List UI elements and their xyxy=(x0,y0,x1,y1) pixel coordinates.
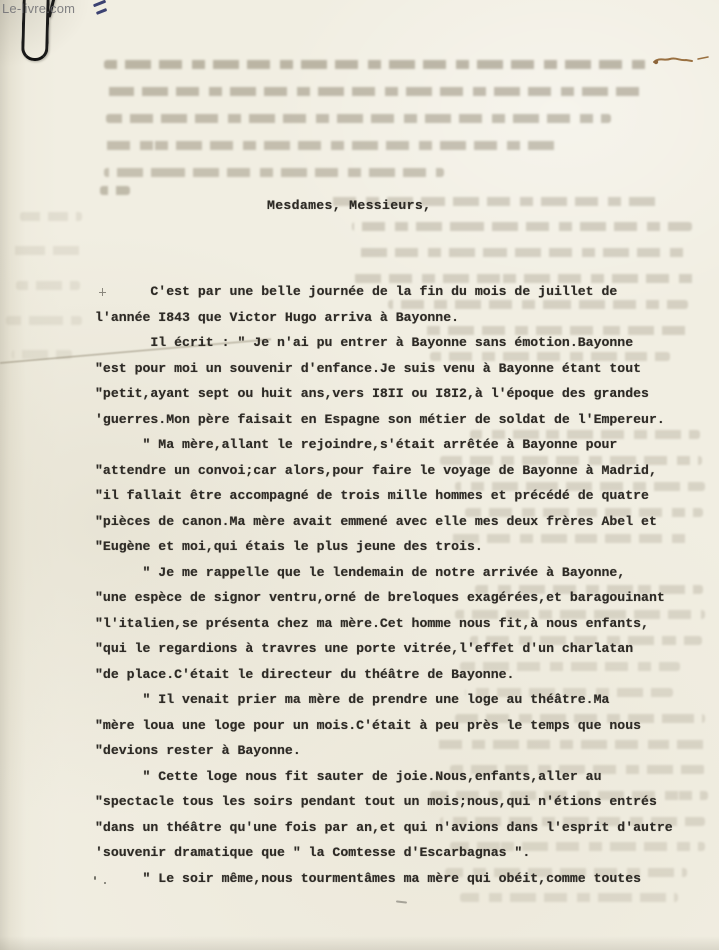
typed-line: "pièces de canon.Ma mère avait emmené av… xyxy=(95,509,673,535)
document-salutation: Mesdames, Messieurs, xyxy=(267,198,431,213)
watermark: Le-livre.com xyxy=(2,1,75,16)
bleed-through-line xyxy=(16,281,80,290)
typed-line: " Ma mère,allant le rejoindre,s'était ar… xyxy=(95,432,673,458)
bleed-through-line xyxy=(20,212,82,221)
bleed-through-line xyxy=(10,246,82,255)
typed-line: "petit,ayant sept ou huit ans,vers I8II … xyxy=(95,381,673,407)
bleed-through-line xyxy=(104,141,559,150)
ink-stroke xyxy=(96,8,107,15)
typed-line: "qui le regardions à travres une porte v… xyxy=(95,636,673,662)
typed-line: "attendre un convoi;car alors,pour faire… xyxy=(95,458,673,484)
typed-line: "de place.C'était le directeur du théâtr… xyxy=(95,662,673,688)
rust-stain-mark-icon xyxy=(652,52,714,70)
bleed-through-line xyxy=(6,316,82,325)
typed-line: "l'italien,se présenta chez ma mère.Cet … xyxy=(95,611,673,637)
typed-line: l'année I843 que Victor Hugo arriva à Ba… xyxy=(95,305,673,331)
typed-line: "dans un théâtre qu'une fois par an,et q… xyxy=(95,815,673,841)
typed-line: "Eugène et moi,qui étais le plus jeune d… xyxy=(95,534,673,560)
typed-line: C'est par une belle journée de la fin du… xyxy=(95,279,673,305)
bleed-through-line xyxy=(460,893,678,902)
scanned-document-page: Le-livre.com Mesdames, Messieurs, C'est … xyxy=(0,0,719,950)
pencil-dash-mark xyxy=(396,900,407,903)
bleed-through-line xyxy=(106,114,611,123)
bleed-through-line xyxy=(104,60,652,69)
bleed-through-line xyxy=(100,186,130,195)
page-edge-shadow xyxy=(0,936,719,950)
typed-line: "spectacle tous les soirs pendant tout u… xyxy=(95,789,673,815)
bleed-through-line xyxy=(104,87,644,96)
typed-text-block: C'est par une belle journée de la fin du… xyxy=(95,279,673,891)
typed-line: 'souvenir dramatique que " la Comtesse d… xyxy=(95,840,673,866)
bleed-through-line xyxy=(104,168,444,177)
typed-line: " Il venait prier ma mère de prendre une… xyxy=(95,687,673,713)
handwritten-ink-mark-icon xyxy=(93,2,119,18)
typed-line: "une espèce de signor ventru,orné de bre… xyxy=(95,585,673,611)
typed-line: " Cette loge nous fit sauter de joie.Nou… xyxy=(95,764,673,790)
typed-line: "devions rester à Bayonne. xyxy=(95,738,673,764)
typed-line: 'guerres.Mon père faisait en Espagne son… xyxy=(95,407,673,433)
typed-line: "est pour moi un souvenir d'enfance.Je s… xyxy=(95,356,673,382)
bleed-through-line xyxy=(352,222,692,231)
ink-stroke xyxy=(93,0,106,7)
typed-line: " Je me rappelle que le lendemain de not… xyxy=(95,560,673,586)
typed-line: " Le soir même,nous tourmentâmes ma mère… xyxy=(95,866,673,892)
bleed-through-line xyxy=(358,248,688,257)
typed-line: Il écrit : " Je n'ai pu entrer à Bayonne… xyxy=(95,330,673,356)
typed-line: "mère loua une loge pour un mois.C'était… xyxy=(95,713,673,739)
typed-line: "il fallait être accompagné de trois mil… xyxy=(95,483,673,509)
